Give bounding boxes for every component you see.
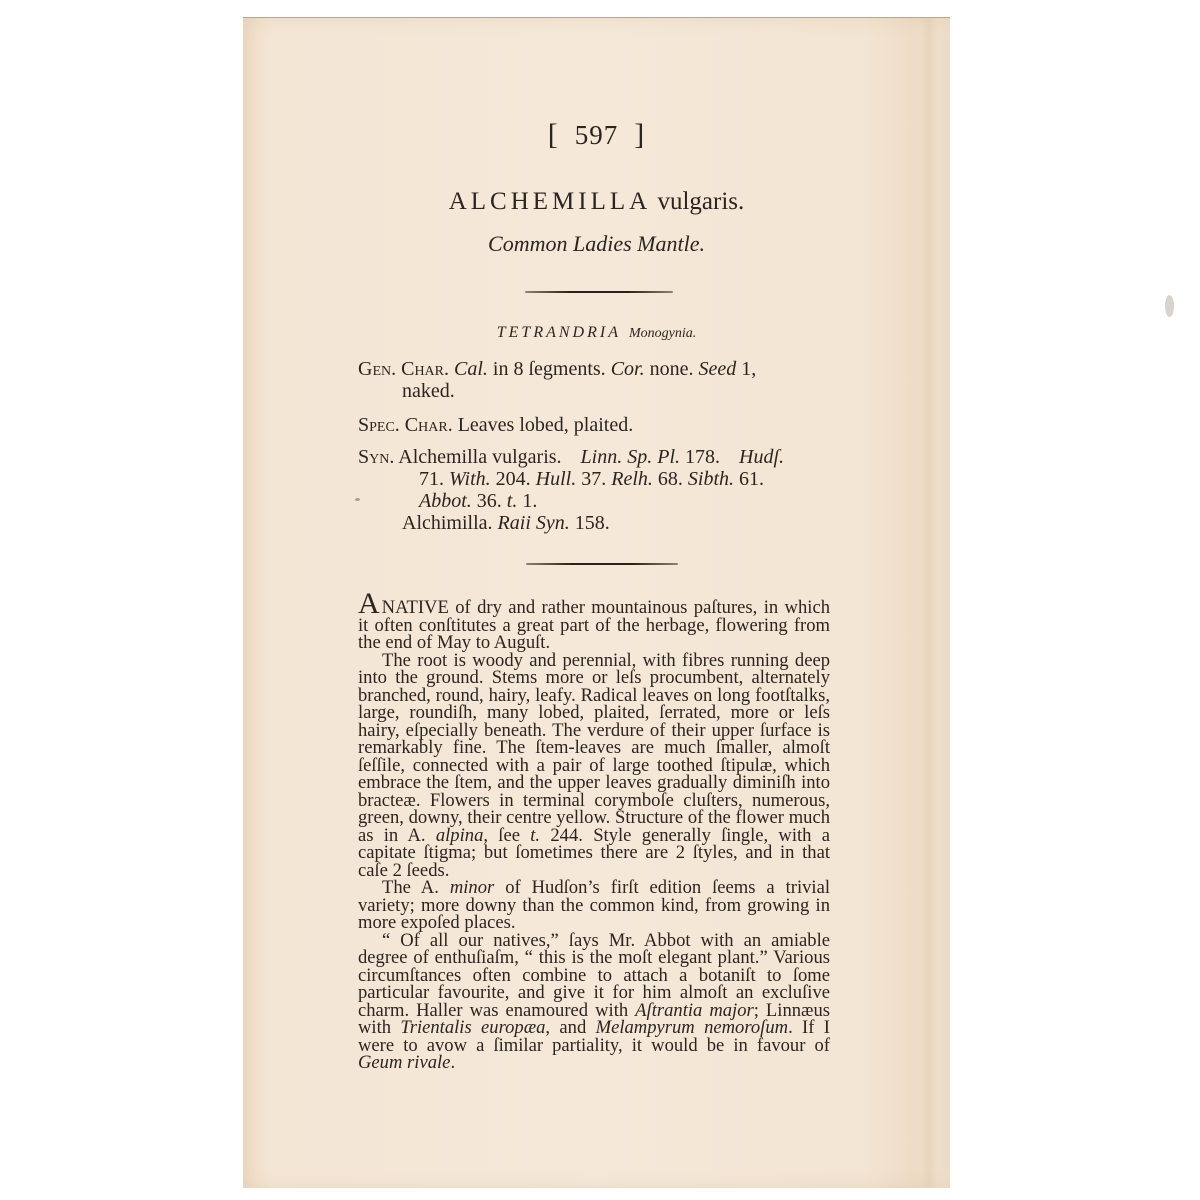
syn-ref-num: 204.	[496, 468, 531, 490]
gen-char-label: Gen. Char.	[358, 358, 449, 380]
syn-ref-num: 61.	[739, 468, 764, 490]
italic-term: Geum rivale	[358, 1052, 450, 1073]
divider-rule	[526, 563, 678, 565]
seed-label: Seed	[698, 358, 736, 380]
gen-char-continuation: naked.	[358, 380, 833, 402]
syn-ref-author: With.	[449, 468, 491, 490]
edge-stain	[1165, 295, 1174, 317]
synonymy: Syn. Alchemilla vulgaris. Linn. Sp. Pl. …	[358, 446, 833, 534]
spec-char-label: Spec. Char.	[358, 414, 453, 436]
specific-character: Spec. Char. Leaves lobed, plaited.	[358, 414, 833, 436]
generic-character: Gen. Char. Cal. in 8 ſegments. Cor. none…	[358, 358, 833, 402]
corolla-label: Cor.	[611, 358, 645, 380]
species-title: ALCHEMILLA vulgaris.	[243, 188, 950, 216]
page-number: [597]	[243, 118, 950, 152]
syn-plate-label: t.	[507, 490, 518, 512]
syn-ref-num: 158.	[575, 512, 610, 534]
species-epithet: vulgaris.	[657, 188, 744, 215]
linnaean-classification: TETRANDRIAMonogynia.	[243, 324, 950, 342]
paragraph-text: The root is woody and perennial, with fi…	[358, 650, 830, 846]
paragraph-habitat: ANATIVE of dry and rather mountainous pa…	[358, 595, 830, 652]
calyx-label: Cal.	[454, 358, 488, 380]
common-name: Common Ladies Mantle.	[243, 231, 950, 257]
paragraph-text: .	[450, 1052, 455, 1073]
book-page: [597] ALCHEMILLA vulgaris. Common Ladies…	[243, 17, 950, 1188]
paragraph-abbot-quote: “ Of all our natives,” ſays Mr. Abbot wi…	[358, 932, 830, 1072]
syn-ref-num: 71.	[419, 468, 444, 490]
divider-rule	[525, 291, 673, 293]
syn-ref-author: Hull.	[536, 468, 577, 490]
syn-plate-num: 1.	[522, 490, 537, 512]
syn-label: Syn.	[358, 446, 394, 468]
syn-ref-num: 36.	[477, 490, 502, 512]
description-text: ANATIVE of dry and rather mountainous pa…	[358, 595, 830, 1072]
syn-ref-author: Hudſ.	[739, 446, 784, 468]
syn-ref-author: Abbot.	[419, 490, 472, 512]
syn-name: Alchemilla vulgaris.	[398, 446, 561, 468]
page-number-value: 597	[575, 120, 619, 150]
syn-ref-author: Sibth.	[688, 468, 734, 490]
syn-ref-author: Linn. Sp. Pl.	[581, 446, 680, 468]
syn-ref-num: 178.	[685, 446, 720, 468]
syn-ref-author: Relh.	[611, 468, 653, 490]
left-bracket: [	[548, 118, 559, 151]
syn-ref-num: 37.	[581, 468, 606, 490]
syn-ref-author: Raii Syn.	[498, 512, 570, 534]
genus-name: ALCHEMILLA	[449, 188, 651, 215]
paragraph-variety: The A. minor of Hudſon’s firſt edition ſ…	[358, 879, 830, 932]
paragraph-description: The root is woody and perennial, with fi…	[358, 652, 830, 880]
class-name: TETRANDRIA	[497, 324, 621, 341]
syn-ref-num: 68.	[658, 468, 683, 490]
spec-char-text: Leaves lobed, plaited.	[458, 414, 634, 436]
calyx-text: in 8 ſegments.	[493, 358, 606, 380]
ink-spot	[355, 498, 360, 501]
corolla-text: none.	[650, 358, 694, 380]
order-name: Monogynia.	[629, 326, 696, 341]
syn-name: Alchimilla.	[402, 512, 493, 534]
right-bracket: ]	[634, 118, 645, 151]
seed-text: 1,	[741, 358, 756, 380]
